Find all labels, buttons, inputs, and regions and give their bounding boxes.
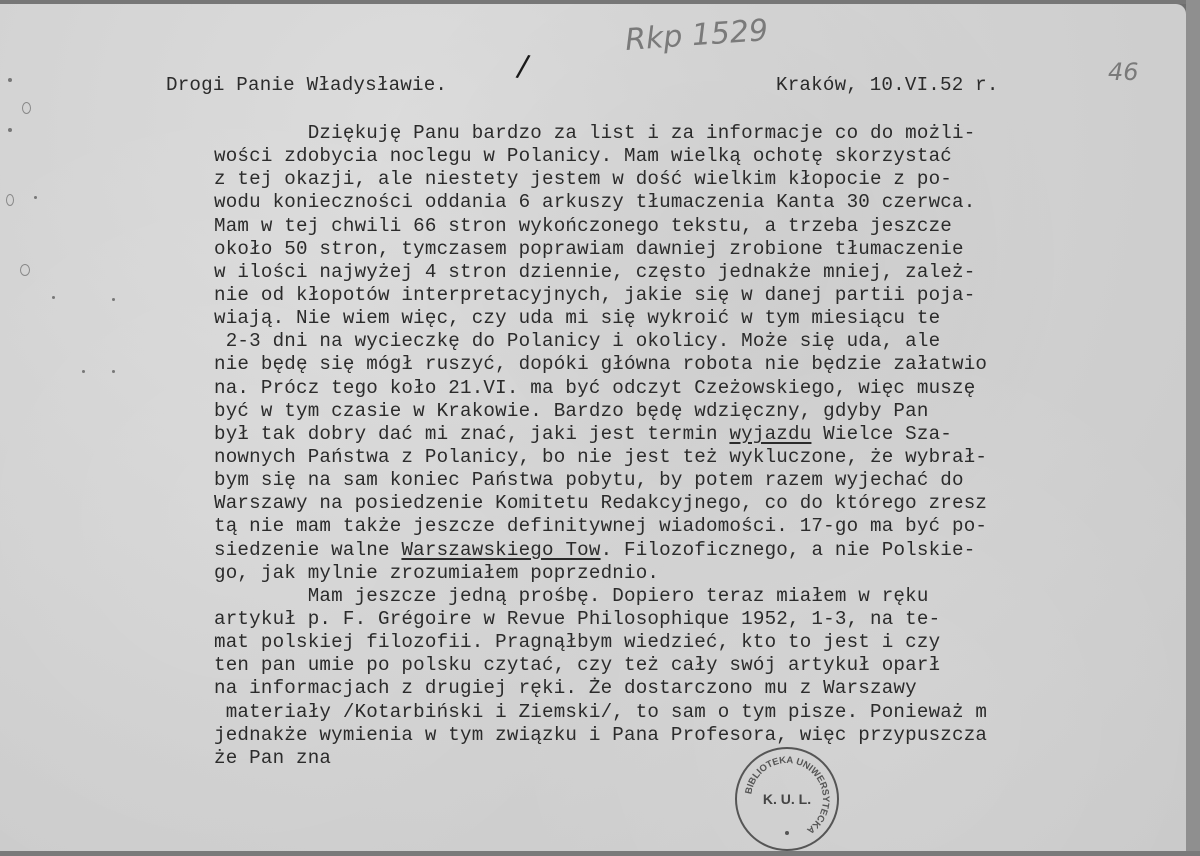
body-line: Warszawy na posiedzenie Komitetu Redakcy… bbox=[214, 492, 987, 515]
body-line: materiały /Kotarbiński i Ziemski/, to sa… bbox=[214, 701, 987, 724]
body-line: ten pan umie po polsku czytać, czy też c… bbox=[214, 654, 987, 677]
body-line: na informacjach z drugiej ręki. Że dosta… bbox=[214, 677, 987, 700]
body-line: 2-3 dni na wycieczkę do Polanicy i okoli… bbox=[214, 330, 987, 353]
salutation: Drogi Panie Władysławie. bbox=[166, 74, 447, 96]
body-line: nie będę się mógł ruszyć, dopóki główna … bbox=[214, 353, 987, 376]
page-number: 46 bbox=[1108, 58, 1139, 86]
body-line: Mam jeszcze jedną prośbę. Dopiero teraz … bbox=[214, 585, 987, 608]
body-line: tą nie mam także jeszcze definitywnej wi… bbox=[214, 515, 987, 538]
archive-shelfmark: Rkp 1529 bbox=[624, 13, 769, 58]
underlined-text: Warszawskiego Tow bbox=[401, 539, 600, 561]
punch-hole-marks bbox=[0, 64, 120, 464]
underlined-text: wyjazdu bbox=[729, 423, 811, 445]
body-line: mat polskiej filozofii. Pragnąłbym wiedz… bbox=[214, 631, 987, 654]
body-line: jednakże wymienia w tym związku i Pana P… bbox=[214, 724, 987, 747]
body-line: z tej okazji, ale niestety jestem w dość… bbox=[214, 168, 987, 191]
margin-tick: / bbox=[514, 48, 531, 84]
place-date: Kraków, 10.VI.52 r. bbox=[776, 74, 999, 96]
body-line: nownych Państwa z Polanicy, bo nie jest … bbox=[214, 446, 987, 469]
body-line: był tak dobry dać mi znać, jaki jest ter… bbox=[214, 423, 987, 446]
stamp-center-text: K. U. L. bbox=[763, 791, 811, 807]
body-line: go, jak mylnie zrozumiałem poprzednio. bbox=[214, 562, 987, 585]
body-line: Mam w tej chwili 66 stron wykończonego t… bbox=[214, 215, 987, 238]
library-stamp: BIBLIOTEKA UNIWERSYTECKA K. U. L. bbox=[735, 747, 839, 851]
body-line: być w tym czasie w Krakowie. Bardzo będę… bbox=[214, 400, 987, 423]
body-line: bym się na sam koniec Państwa pobytu, by… bbox=[214, 469, 987, 492]
body-line: wiają. Nie wiem więc, czy uda mi się wyk… bbox=[214, 307, 987, 330]
letter-body: Dziękuję Panu bardzo za list i za inform… bbox=[214, 122, 987, 770]
scan-bottom-edge bbox=[0, 851, 1200, 856]
scan-right-edge bbox=[1186, 0, 1200, 856]
body-line: wości zdobycia noclegu w Polanicy. Mam w… bbox=[214, 145, 987, 168]
body-line: Dziękuję Panu bardzo za list i za inform… bbox=[214, 122, 987, 145]
body-line: artykuł p. F. Grégoire w Revue Philosoph… bbox=[214, 608, 987, 631]
body-line: nie od kłopotów interpretacyjnych, jakie… bbox=[214, 284, 987, 307]
body-line: siedzenie walne Warszawskiego Tow. Filoz… bbox=[214, 539, 987, 562]
body-line: że Pan zna bbox=[214, 747, 987, 770]
body-line: wodu konieczności oddania 6 arkuszy tłum… bbox=[214, 191, 987, 214]
letter-page: Rkp 1529 46 / Drogi Panie Władysławie. K… bbox=[0, 4, 1186, 852]
body-line: w ilości najwyżej 4 stron dziennie, częs… bbox=[214, 261, 987, 284]
body-line: na. Prócz tego koło 21.VI. ma być odczyt… bbox=[214, 377, 987, 400]
body-line: około 50 stron, tymczasem poprawiam dawn… bbox=[214, 238, 987, 261]
